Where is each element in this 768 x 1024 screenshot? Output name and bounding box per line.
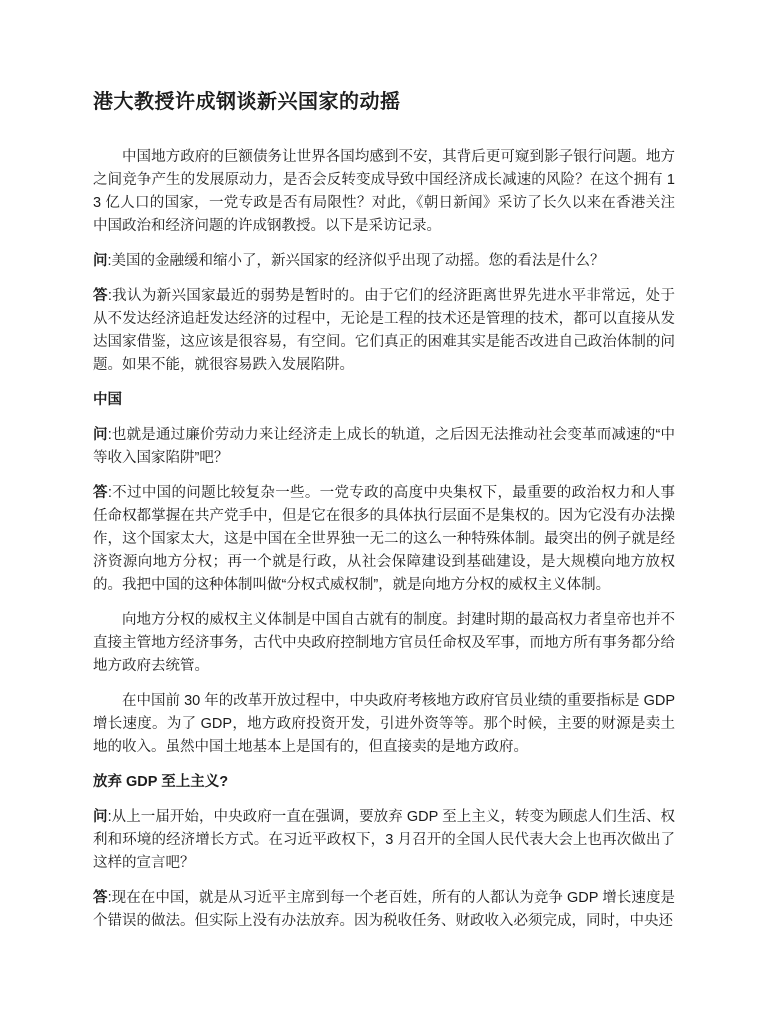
question-paragraph: 问:从上一届开始，中央政府一直在强调，要放弃 GDP 至上主义，转变为顾虑人们生… [93, 806, 675, 875]
qa-label: 问 [93, 809, 108, 825]
answer-paragraph: 答:我认为新兴国家最近的弱势是暂时的。由于它们的经济距离世界先进水平非常远，处于… [93, 285, 675, 377]
body-paragraph: 向地方分权的威权主义体制是中国自古就有的制度。封建时期的最高权力者皇帝也并不直接… [93, 609, 675, 678]
question-paragraph: 问:也就是通过廉价劳动力来让经济走上成长的轨道，之后因无法推动社会变革而减速的“… [93, 424, 675, 470]
qa-label: 答 [93, 485, 108, 501]
qa-label: 答 [93, 288, 108, 304]
body-paragraph: 在中国前 30 年的改革开放过程中，中央政府考核地方政府官员业绩的重要指标是 G… [93, 690, 675, 759]
body-paragraph: 中国地方政府的巨额债务让世界各国均感到不安，其背后更可窥到影子银行问题。地方之间… [93, 146, 675, 238]
answer-paragraph: 答:不过中国的问题比较复杂一些。一党专政的高度中央集权下，最重要的政治权力和人事… [93, 482, 675, 597]
section-heading: 放弃 GDP 至上主义? [93, 771, 675, 794]
question-paragraph: 问:美国的金融缓和缩小了，新兴国家的经济似乎出现了动摇。您的看法是什么？ [93, 250, 675, 273]
qa-label: 答 [93, 890, 108, 906]
document-body: 中国地方政府的巨额债务让世界各国均感到不安，其背后更可窥到影子银行问题。地方之间… [93, 146, 675, 933]
qa-label: 问 [93, 253, 108, 269]
document-title: 港大教授许成钢谈新兴国家的动摇 [93, 88, 675, 116]
document-page: 港大教授许成钢谈新兴国家的动摇 中国地方政府的巨额债务让世界各国均感到不安，其背… [0, 0, 768, 1024]
qa-label: 问 [93, 427, 108, 443]
section-heading: 中国 [93, 389, 675, 412]
answer-paragraph: 答:现在在中国，就是从习近平主席到每一个老百姓，所有的人都认为竞争 GDP 增长… [93, 887, 675, 933]
